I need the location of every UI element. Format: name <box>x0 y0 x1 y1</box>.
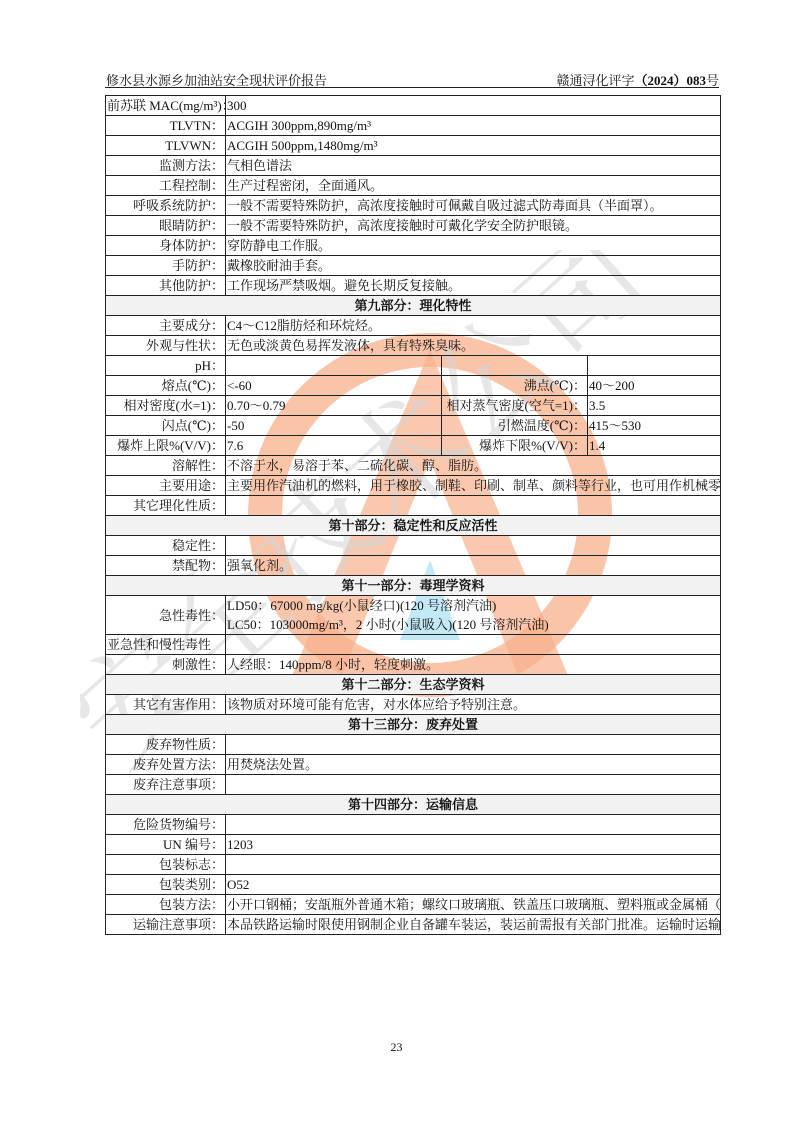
row-label: pH： <box>106 356 226 376</box>
row-value: 不溶于水，易溶于苯、二硫化碳、醇、脂肪。 <box>226 456 721 476</box>
row-value: 40～200 <box>588 376 721 396</box>
table-row: 急性毒性： LD50：67000 mg/kg(小鼠经口)(120 号溶剂汽油) … <box>106 596 721 635</box>
table-row: 包装标志： <box>106 855 721 875</box>
row-label: 禁配物： <box>106 556 226 576</box>
row-label: 相对密度(水=1)： <box>106 396 226 416</box>
row-value: ACGIH 300ppm,890mg/m³ <box>226 116 721 136</box>
row-label: 溶解性： <box>106 456 226 476</box>
row-value: 小开口钢桶；安瓿瓶外普通木箱；螺纹口玻璃瓶、铁盖压口玻璃瓶、塑料瓶或金属桶（罐）… <box>226 895 721 915</box>
table-row: 其他防护： 工作现场严禁吸烟。避免长期反复接触。 <box>106 276 721 296</box>
row-label: 废弃物性质： <box>106 735 226 755</box>
table-row: 手防护： 戴橡胶耐油手套。 <box>106 256 721 276</box>
table-row: 其它理化性质： <box>106 496 721 516</box>
row-label: 刺激性： <box>106 655 226 675</box>
section-title: 第十三部分：废弃处置 <box>106 715 721 735</box>
table-row: 身体防护： 穿防静电工作服。 <box>106 236 721 256</box>
row-label: 手防护： <box>106 256 226 276</box>
row-value: 7.6 <box>226 436 442 456</box>
section-header: 第十部分：稳定性和反应活性 <box>106 516 721 536</box>
row-value <box>226 735 721 755</box>
report-code-suffix: 号 <box>706 73 719 88</box>
row-value <box>588 356 721 376</box>
table-row: 监测方法： 气相色谱法 <box>106 156 721 176</box>
table-row: UN 编号： 1203 <box>106 835 721 855</box>
table-row: 相对密度(水=1)： 0.70～0.79 相对蒸气密度(空气=1)： 3.5 <box>106 396 721 416</box>
table-row: 呼吸系统防护： 一般不需要特殊防护，高浓度接触时可佩戴自吸过滤式防毒面具（半面罩… <box>106 196 721 216</box>
row-label: TLVWN： <box>106 136 226 156</box>
row-label: 包装标志： <box>106 855 226 875</box>
table-row: 工程控制： 生产过程密闭，全面通风。 <box>106 176 721 196</box>
row-label: 稳定性： <box>106 536 226 556</box>
row-value: 该物质对环境可能有危害，对水体应给予特别注意。 <box>226 695 721 715</box>
row-label: 沸点(℃)： <box>442 376 588 396</box>
table-row: 溶解性： 不溶于水，易溶于苯、二硫化碳、醇、脂肪。 <box>106 456 721 476</box>
table-row: 禁配物： 强氧化剂。 <box>106 556 721 576</box>
acute-ld50: LD50：67000 mg/kg(小鼠经口)(120 号溶剂汽油) <box>227 596 719 615</box>
section-header: 第十四部分：运输信息 <box>106 795 721 815</box>
row-value: 一般不需要特殊防护，高浓度接触时可佩戴自吸过滤式防毒面具（半面罩）。 <box>226 196 721 216</box>
row-value: 工作现场严禁吸烟。避免长期反复接触。 <box>226 276 721 296</box>
row-label: 外观与性状： <box>106 336 226 356</box>
row-label: 工程控制： <box>106 176 226 196</box>
row-label: 包装类别： <box>106 875 226 895</box>
table-row: 包装类别： O52 <box>106 875 721 895</box>
row-label: 相对蒸气密度(空气=1)： <box>442 396 588 416</box>
row-label: 废弃注意事项： <box>106 775 226 795</box>
row-label: 身体防护： <box>106 236 226 256</box>
table-row: 废弃处置方法： 用焚烧法处置。 <box>106 755 721 775</box>
row-value: 穿防静电工作服。 <box>226 236 721 256</box>
row-value: 用焚烧法处置。 <box>226 755 721 775</box>
row-value: 人经眼：140ppm/8 小时，轻度刺激。 <box>226 655 721 675</box>
section-header: 第九部分：理化特性 <box>106 296 721 316</box>
table-row: 亚急性和慢性毒性 <box>106 635 721 655</box>
section-header: 第十三部分：废弃处置 <box>106 715 721 735</box>
row-label: TLVTN： <box>106 116 226 136</box>
table-row: 其它有害作用： 该物质对环境可能有危害，对水体应给予特别注意。 <box>106 695 721 715</box>
table-row: 运输注意事项： 本品铁路运输时限使用钢制企业自备罐车装运，装运前需报有关部门批准… <box>106 915 721 935</box>
row-value: 415～530 <box>588 416 721 436</box>
row-value: 一般不需要特殊防护，高浓度接触时可戴化学安全防护眼镜。 <box>226 216 721 236</box>
row-label: UN 编号： <box>106 835 226 855</box>
row-label: 其他防护： <box>106 276 226 296</box>
acute-lc50: LC50：103000mg/m³，2 小时(小鼠吸入)(120 号溶剂汽油) <box>227 615 719 634</box>
table-row: 刺激性： 人经眼：140ppm/8 小时，轻度刺激。 <box>106 655 721 675</box>
row-value: 无色或淡黄色易挥发液体，具有特殊臭味。 <box>226 336 721 356</box>
table-row: 废弃注意事项： <box>106 775 721 795</box>
row-label: 其它有害作用： <box>106 695 226 715</box>
row-label: 亚急性和慢性毒性 <box>106 635 226 655</box>
row-value: 强氧化剂。 <box>226 556 721 576</box>
row-label: 熔点(℃)： <box>106 376 226 396</box>
row-label: 其它理化性质： <box>106 496 226 516</box>
row-value: 1203 <box>226 835 721 855</box>
row-value: O52 <box>226 875 721 895</box>
table-row: 废弃物性质： <box>106 735 721 755</box>
section-title: 第十一部分：毒理学资料 <box>106 576 721 596</box>
row-label: 呼吸系统防护： <box>106 196 226 216</box>
row-label: 废弃处置方法： <box>106 755 226 775</box>
row-label: 爆炸下限%(V/V)： <box>442 436 588 456</box>
table-row: 主要用途： 主要用作汽油机的燃料，用于橡胶、制鞋、印刷、制革、颜料等行业，也可用… <box>106 476 721 496</box>
row-value: 戴橡胶耐油手套。 <box>226 256 721 276</box>
row-label: 眼睛防护： <box>106 216 226 236</box>
table-row: 主要成分： C4～C12脂肪烃和环烷烃。 <box>106 316 721 336</box>
table-row: 稳定性： <box>106 536 721 556</box>
table-row: TLVWN： ACGIH 500ppm,1480mg/m³ <box>106 136 721 156</box>
table-row: 爆炸上限%(V/V)： 7.6 爆炸下限%(V/V)： 1.4 <box>106 436 721 456</box>
row-label: 危险货物编号： <box>106 815 226 835</box>
row-label: 急性毒性： <box>106 596 226 635</box>
report-code-year: （2024）083 <box>634 73 706 88</box>
section-title: 第十部分：稳定性和反应活性 <box>106 516 721 536</box>
row-value: 1.4 <box>588 436 721 456</box>
section-title: 第十四部分：运输信息 <box>106 795 721 815</box>
row-label <box>442 356 588 376</box>
row-label: 爆炸上限%(V/V)： <box>106 436 226 456</box>
table-row: 闪点(℃)： -50 引燃温度(℃)： 415～530 <box>106 416 721 436</box>
table-row: 眼睛防护： 一般不需要特殊防护，高浓度接触时可戴化学安全防护眼镜。 <box>106 216 721 236</box>
row-value: 300 <box>226 96 721 116</box>
row-value: -50 <box>226 416 442 436</box>
table-row: 危险货物编号： <box>106 815 721 835</box>
row-value: 本品铁路运输时限使用钢制企业自备罐车装运，装运前需报有关部门批准。运输时运输车辆… <box>226 915 721 935</box>
row-label: 主要成分： <box>106 316 226 336</box>
row-value <box>226 775 721 795</box>
row-value: 气相色谱法 <box>226 156 721 176</box>
msds-table: 前苏联 MAC(mg/m³)： 300 TLVTN： ACGIH 300ppm,… <box>105 95 721 935</box>
row-label: 监测方法： <box>106 156 226 176</box>
row-value: C4～C12脂肪烃和环烷烃。 <box>226 316 721 336</box>
section-header: 第十二部分：生态学资料 <box>106 675 721 695</box>
table-row: 前苏联 MAC(mg/m³)： 300 <box>106 96 721 116</box>
table-row: 熔点(℃)： <-60 沸点(℃)： 40～200 <box>106 376 721 396</box>
row-label: 引燃温度(℃)： <box>442 416 588 436</box>
section-header: 第十一部分：毒理学资料 <box>106 576 721 596</box>
table-row: pH： <box>106 356 721 376</box>
row-value <box>226 356 442 376</box>
table-row: 包装方法： 小开口钢桶；安瓿瓶外普通木箱；螺纹口玻璃瓶、铁盖压口玻璃瓶、塑料瓶或… <box>106 895 721 915</box>
report-code-prefix: 赣通浔化评字 <box>556 73 634 88</box>
row-value: 主要用作汽油机的燃料，用于橡胶、制鞋、印刷、制革、颜料等行业，也可用作机械零件的… <box>226 476 721 496</box>
table-row: TLVTN： ACGIH 300ppm,890mg/m³ <box>106 116 721 136</box>
row-label: 闪点(℃)： <box>106 416 226 436</box>
row-value <box>226 496 721 516</box>
row-value: <-60 <box>226 376 442 396</box>
row-value <box>226 815 721 835</box>
row-value: ACGIH 500ppm,1480mg/m³ <box>226 136 721 156</box>
section-title: 第九部分：理化特性 <box>106 296 721 316</box>
row-value <box>226 536 721 556</box>
page-number: 23 <box>0 1040 793 1055</box>
row-value: LD50：67000 mg/kg(小鼠经口)(120 号溶剂汽油) LC50：1… <box>226 596 721 635</box>
section-title: 第十二部分：生态学资料 <box>106 675 721 695</box>
row-value <box>226 635 721 655</box>
table-row: 外观与性状： 无色或淡黄色易挥发液体，具有特殊臭味。 <box>106 336 721 356</box>
row-label: 主要用途： <box>106 476 226 496</box>
row-value: 生产过程密闭，全面通风。 <box>226 176 721 196</box>
row-value: 0.70～0.79 <box>226 396 442 416</box>
row-label: 运输注意事项： <box>106 915 226 935</box>
row-value: 3.5 <box>588 396 721 416</box>
row-label: 前苏联 MAC(mg/m³)： <box>106 96 226 116</box>
header-divider <box>105 87 719 88</box>
row-label: 包装方法： <box>106 895 226 915</box>
row-value <box>226 855 721 875</box>
